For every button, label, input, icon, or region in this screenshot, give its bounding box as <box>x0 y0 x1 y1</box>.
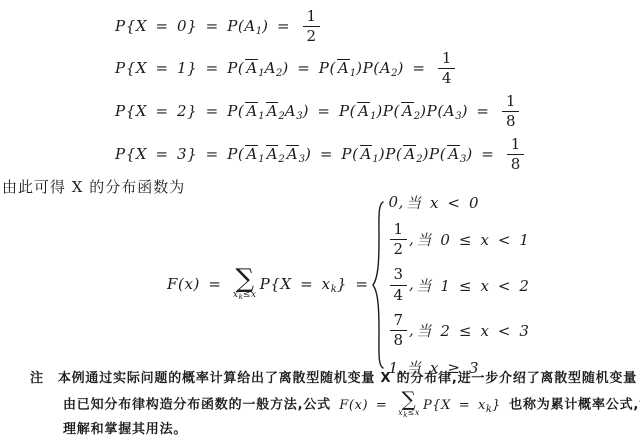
piecewise-case: 0,当 x < 0 <box>389 192 530 213</box>
piecewise-condition: 当 2 ≤ x < 3 <box>416 320 529 341</box>
distribution-lhs: F(x) = ∑xk≤xP{X = xk} = <box>167 268 369 301</box>
note-text-2-prefix: 由已知分布律构造分布函数的一般方法,公式 <box>63 398 331 413</box>
piecewise-condition: 当 1 ≤ x < 2 <box>416 275 529 296</box>
piecewise-case: 78,当 2 ≤ x < 3 <box>389 312 530 350</box>
equation-prob-x-equals-0: P{X = 0} = P(A1) = 12 <box>115 8 322 46</box>
piecewise-block: 0,当 x < 012,当 0 ≤ x < 134,当 1 ≤ x < 278,… <box>371 192 530 379</box>
equation-prob-x-equals-3: P{X = 3} = P(A1A2A3) = P(A1)P(A2)P(A3) =… <box>115 136 526 174</box>
note-label: 注 <box>30 370 44 389</box>
piecewise-condition: 当 x < 0 <box>406 192 479 213</box>
lead-text: 由此可得 X 的分布函数为 <box>2 176 185 197</box>
note-inline-formula: F(x) = ∑xk≤xP{X = xk} <box>339 398 501 413</box>
piecewise-condition: 当 0 ≤ x < 1 <box>416 229 529 250</box>
piecewise-case: 12,当 0 ≤ x < 1 <box>389 221 530 259</box>
note-section: 注 本例通过实际问题的概率计算给出了离散型随机变量 X 的分布律,进一步介绍了离… <box>30 370 638 440</box>
distribution-function-equation: F(x) = ∑xk≤xP{X = xk} = 0,当 x < 012,当 0 … <box>167 201 530 369</box>
textbook-page: P{X = 0} = P(A1) = 12 P{X = 1} = P(A1A2)… <box>0 0 640 444</box>
note-text-1: 本例通过实际问题的概率计算给出了离散型随机变量 X 的分布律,进一步介绍了离散型… <box>58 370 637 389</box>
piecewise-cases: 0,当 x < 012,当 0 ≤ x < 134,当 1 ≤ x < 278,… <box>389 192 530 379</box>
equation-prob-x-equals-1: P{X = 1} = P(A1A2) = P(A1)P(A2) = 14 <box>115 50 457 88</box>
note-line-2: 由已知分布律构造分布函数的一般方法,公式 F(x) = ∑xk≤xP{X = x… <box>63 391 638 419</box>
note-text-3: 理解和掌握其用法。 <box>63 421 638 440</box>
piecewise-brace-icon <box>371 201 385 369</box>
piecewise-case: 34,当 1 ≤ x < 2 <box>389 266 530 304</box>
equation-prob-x-equals-2: P{X = 2} = P(A1A2A3) = P(A1)P(A2)P(A3) =… <box>115 93 521 131</box>
note-line-1: 注 本例通过实际问题的概率计算给出了离散型随机变量 X 的分布律,进一步介绍了离… <box>30 370 638 389</box>
note-text-2-suffix: 也称为累计概率公式,读者应 <box>509 398 640 413</box>
